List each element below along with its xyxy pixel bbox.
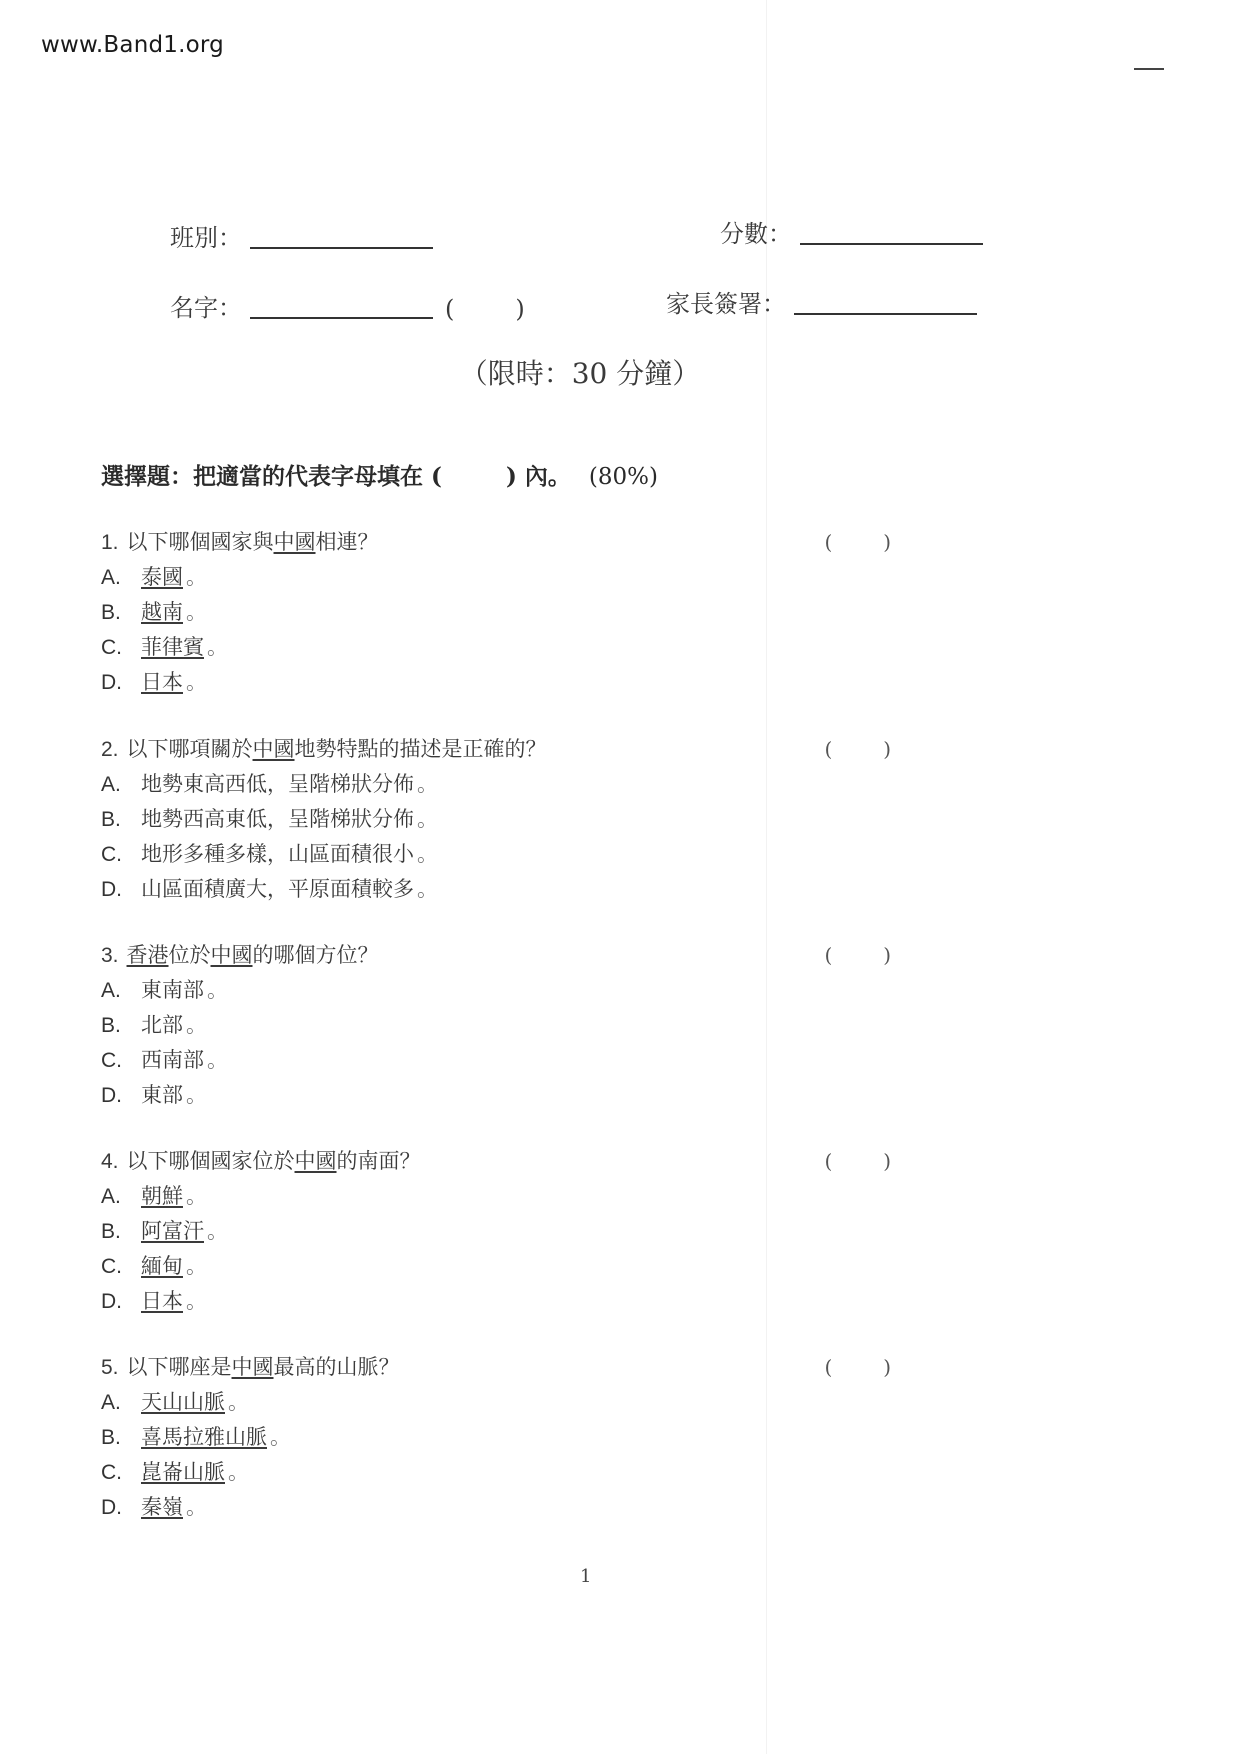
section-weight: (80%): [589, 464, 658, 490]
class-number-paren[interactable]: ( ): [445, 295, 525, 323]
section-title: 選擇題：把適當的代表字母填在 ( ) 內。: [101, 463, 571, 490]
question-stem: 4.以下哪個國家位於中國的南面？: [101, 1144, 861, 1179]
option-b[interactable]: B.阿富汗。: [101, 1214, 861, 1249]
question-3: 3.香港位於中國的哪個方位？ ( ) A.東南部。 B.北部。 C.西南部。 D…: [101, 938, 861, 1113]
class-label: 班別：: [170, 218, 242, 253]
parent-signature-label: 家長簽署：: [666, 284, 786, 319]
answer-box[interactable]: ( ): [825, 525, 891, 560]
option-d[interactable]: D.東部。: [101, 1078, 861, 1113]
option-b[interactable]: B.越南。: [101, 595, 861, 630]
question-1: 1.以下哪個國家與中國相連？ ( ) A.泰國。 B.越南。 C.菲律賓。 D.…: [101, 525, 861, 700]
parent-signature-field: 家長簽署：: [666, 284, 977, 319]
name-label: 名字：: [170, 288, 242, 323]
question-5: 5.以下哪座是中國最高的山脈？ ( ) A.天山山脈。 B.喜馬拉雅山脈。 C.…: [101, 1350, 861, 1525]
question-4: 4.以下哪個國家位於中國的南面？ ( ) A.朝鮮。 B.阿富汗。 C.緬甸。 …: [101, 1144, 861, 1319]
corner-mark: [1134, 68, 1164, 70]
option-a[interactable]: A.天山山脈。: [101, 1385, 861, 1420]
option-c[interactable]: C.菲律賓。: [101, 630, 861, 665]
option-c[interactable]: C.崑崙山脈。: [101, 1455, 861, 1490]
answer-box[interactable]: ( ): [825, 1144, 891, 1179]
time-limit: （限時：30 分鐘）: [0, 352, 1160, 392]
question-2: 2.以下哪項關於中國地勢特點的描述是正確的？ ( ) A.地勢東高西低，呈階梯狀…: [101, 732, 861, 907]
option-d[interactable]: D.日本。: [101, 665, 861, 700]
page-number: 1: [580, 1566, 591, 1587]
score-blank[interactable]: [800, 243, 983, 245]
option-d[interactable]: D.山區面積廣大，平原面積較多。: [101, 872, 861, 907]
option-b[interactable]: B.喜馬拉雅山脈。: [101, 1420, 861, 1455]
question-stem: 1.以下哪個國家與中國相連？: [101, 525, 861, 560]
option-a[interactable]: A.朝鮮。: [101, 1179, 861, 1214]
option-c[interactable]: C.地形多種多樣，山區面積很小。: [101, 837, 861, 872]
option-c[interactable]: C.緬甸。: [101, 1249, 861, 1284]
class-blank[interactable]: [250, 247, 433, 249]
name-field: 名字： ( ): [170, 288, 525, 323]
option-d[interactable]: D.秦嶺。: [101, 1490, 861, 1525]
score-field: 分數：: [720, 214, 983, 249]
option-b[interactable]: B.北部。: [101, 1008, 861, 1043]
class-field: 班別：: [170, 218, 433, 253]
question-stem: 2.以下哪項關於中國地勢特點的描述是正確的？: [101, 732, 861, 767]
question-stem: 3.香港位於中國的哪個方位？: [101, 938, 861, 973]
watermark: www.Band1.org: [41, 32, 224, 58]
section-heading: 選擇題：把適當的代表字母填在 ( ) 內。(80%): [101, 458, 658, 491]
name-blank[interactable]: [250, 317, 433, 319]
answer-box[interactable]: ( ): [825, 938, 891, 973]
parent-signature-blank[interactable]: [794, 313, 977, 315]
option-d[interactable]: D.日本。: [101, 1284, 861, 1319]
option-a[interactable]: A.泰國。: [101, 560, 861, 595]
option-a[interactable]: A.地勢東高西低，呈階梯狀分佈。: [101, 767, 861, 802]
answer-box[interactable]: ( ): [825, 1350, 891, 1385]
option-c[interactable]: C.西南部。: [101, 1043, 861, 1078]
option-b[interactable]: B.地勢西高東低，呈階梯狀分佈。: [101, 802, 861, 837]
score-label: 分數：: [720, 214, 792, 249]
answer-box[interactable]: ( ): [825, 732, 891, 767]
option-a[interactable]: A.東南部。: [101, 973, 861, 1008]
question-stem: 5.以下哪座是中國最高的山脈？: [101, 1350, 861, 1385]
